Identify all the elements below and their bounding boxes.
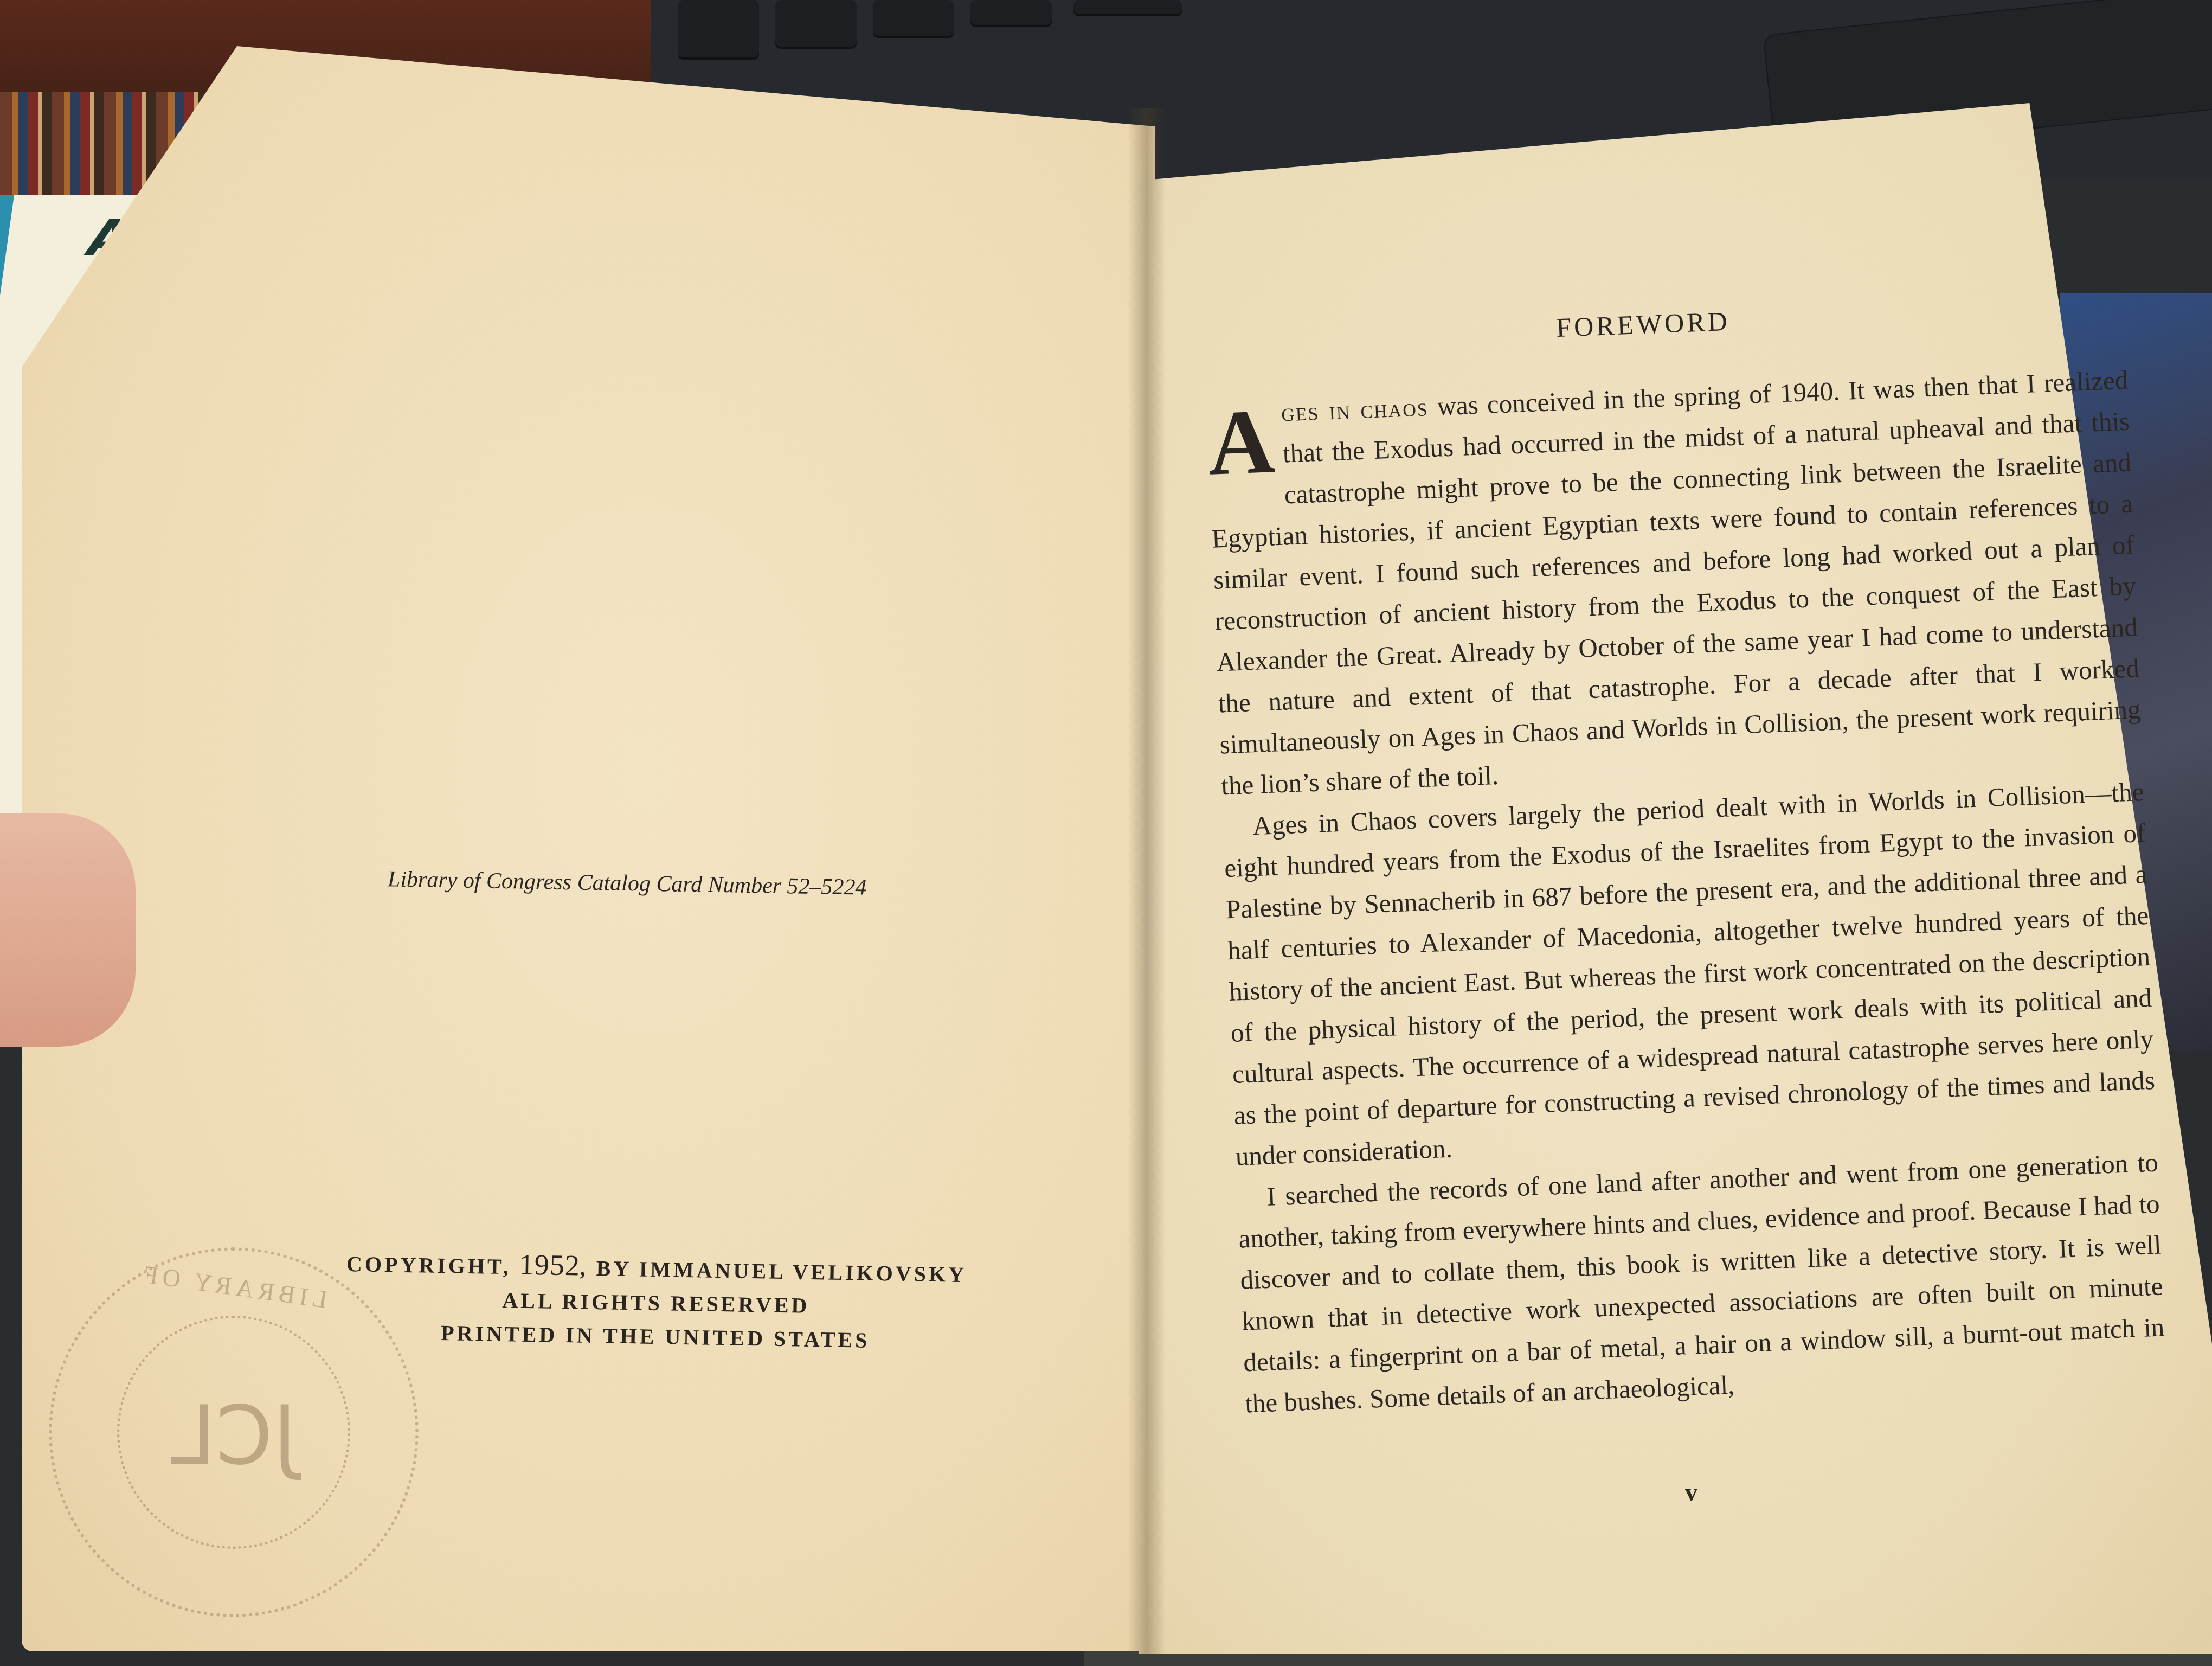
foreword-paragraph: I searched the records of one land after…: [1236, 1142, 2166, 1425]
drop-cap: A: [1207, 403, 1276, 482]
seal-monogram: JCL: [120, 1389, 348, 1483]
small-caps-lead: ges in chaos: [1281, 392, 1429, 427]
keyboard-key: [873, 0, 954, 38]
keyboard-key: [970, 0, 1052, 27]
keyboard-key: [775, 0, 857, 49]
holding-thumb: [0, 813, 136, 1047]
foreword-paragraph: Ages in Chaos covers largely the period …: [1222, 771, 2157, 1177]
foreword-section: FOREWORD Ages in chaos was conceived in …: [1204, 290, 2167, 1425]
page-number: v: [1685, 1478, 1697, 1507]
keyboard-key: [1073, 0, 1182, 16]
keyboard-key: [678, 0, 759, 60]
book-gutter: [1128, 108, 1166, 1654]
copyright-author: , BY IMMANUEL VELIKOVSKY: [580, 1256, 967, 1287]
copyright-year: 1952: [519, 1248, 580, 1282]
copyright-block: COPYRIGHT, 1952, BY IMMANUEL VELIKOVSKY …: [286, 1244, 1025, 1360]
seal-inner-ring: JCL: [117, 1316, 350, 1549]
paragraph-text: was conceived in the spring of 1940. It …: [1211, 365, 2141, 801]
copyright-prefix: COPYRIGHT,: [346, 1252, 519, 1279]
foreword-paragraph: Ages in chaos was conceived in the sprin…: [1206, 360, 2143, 807]
